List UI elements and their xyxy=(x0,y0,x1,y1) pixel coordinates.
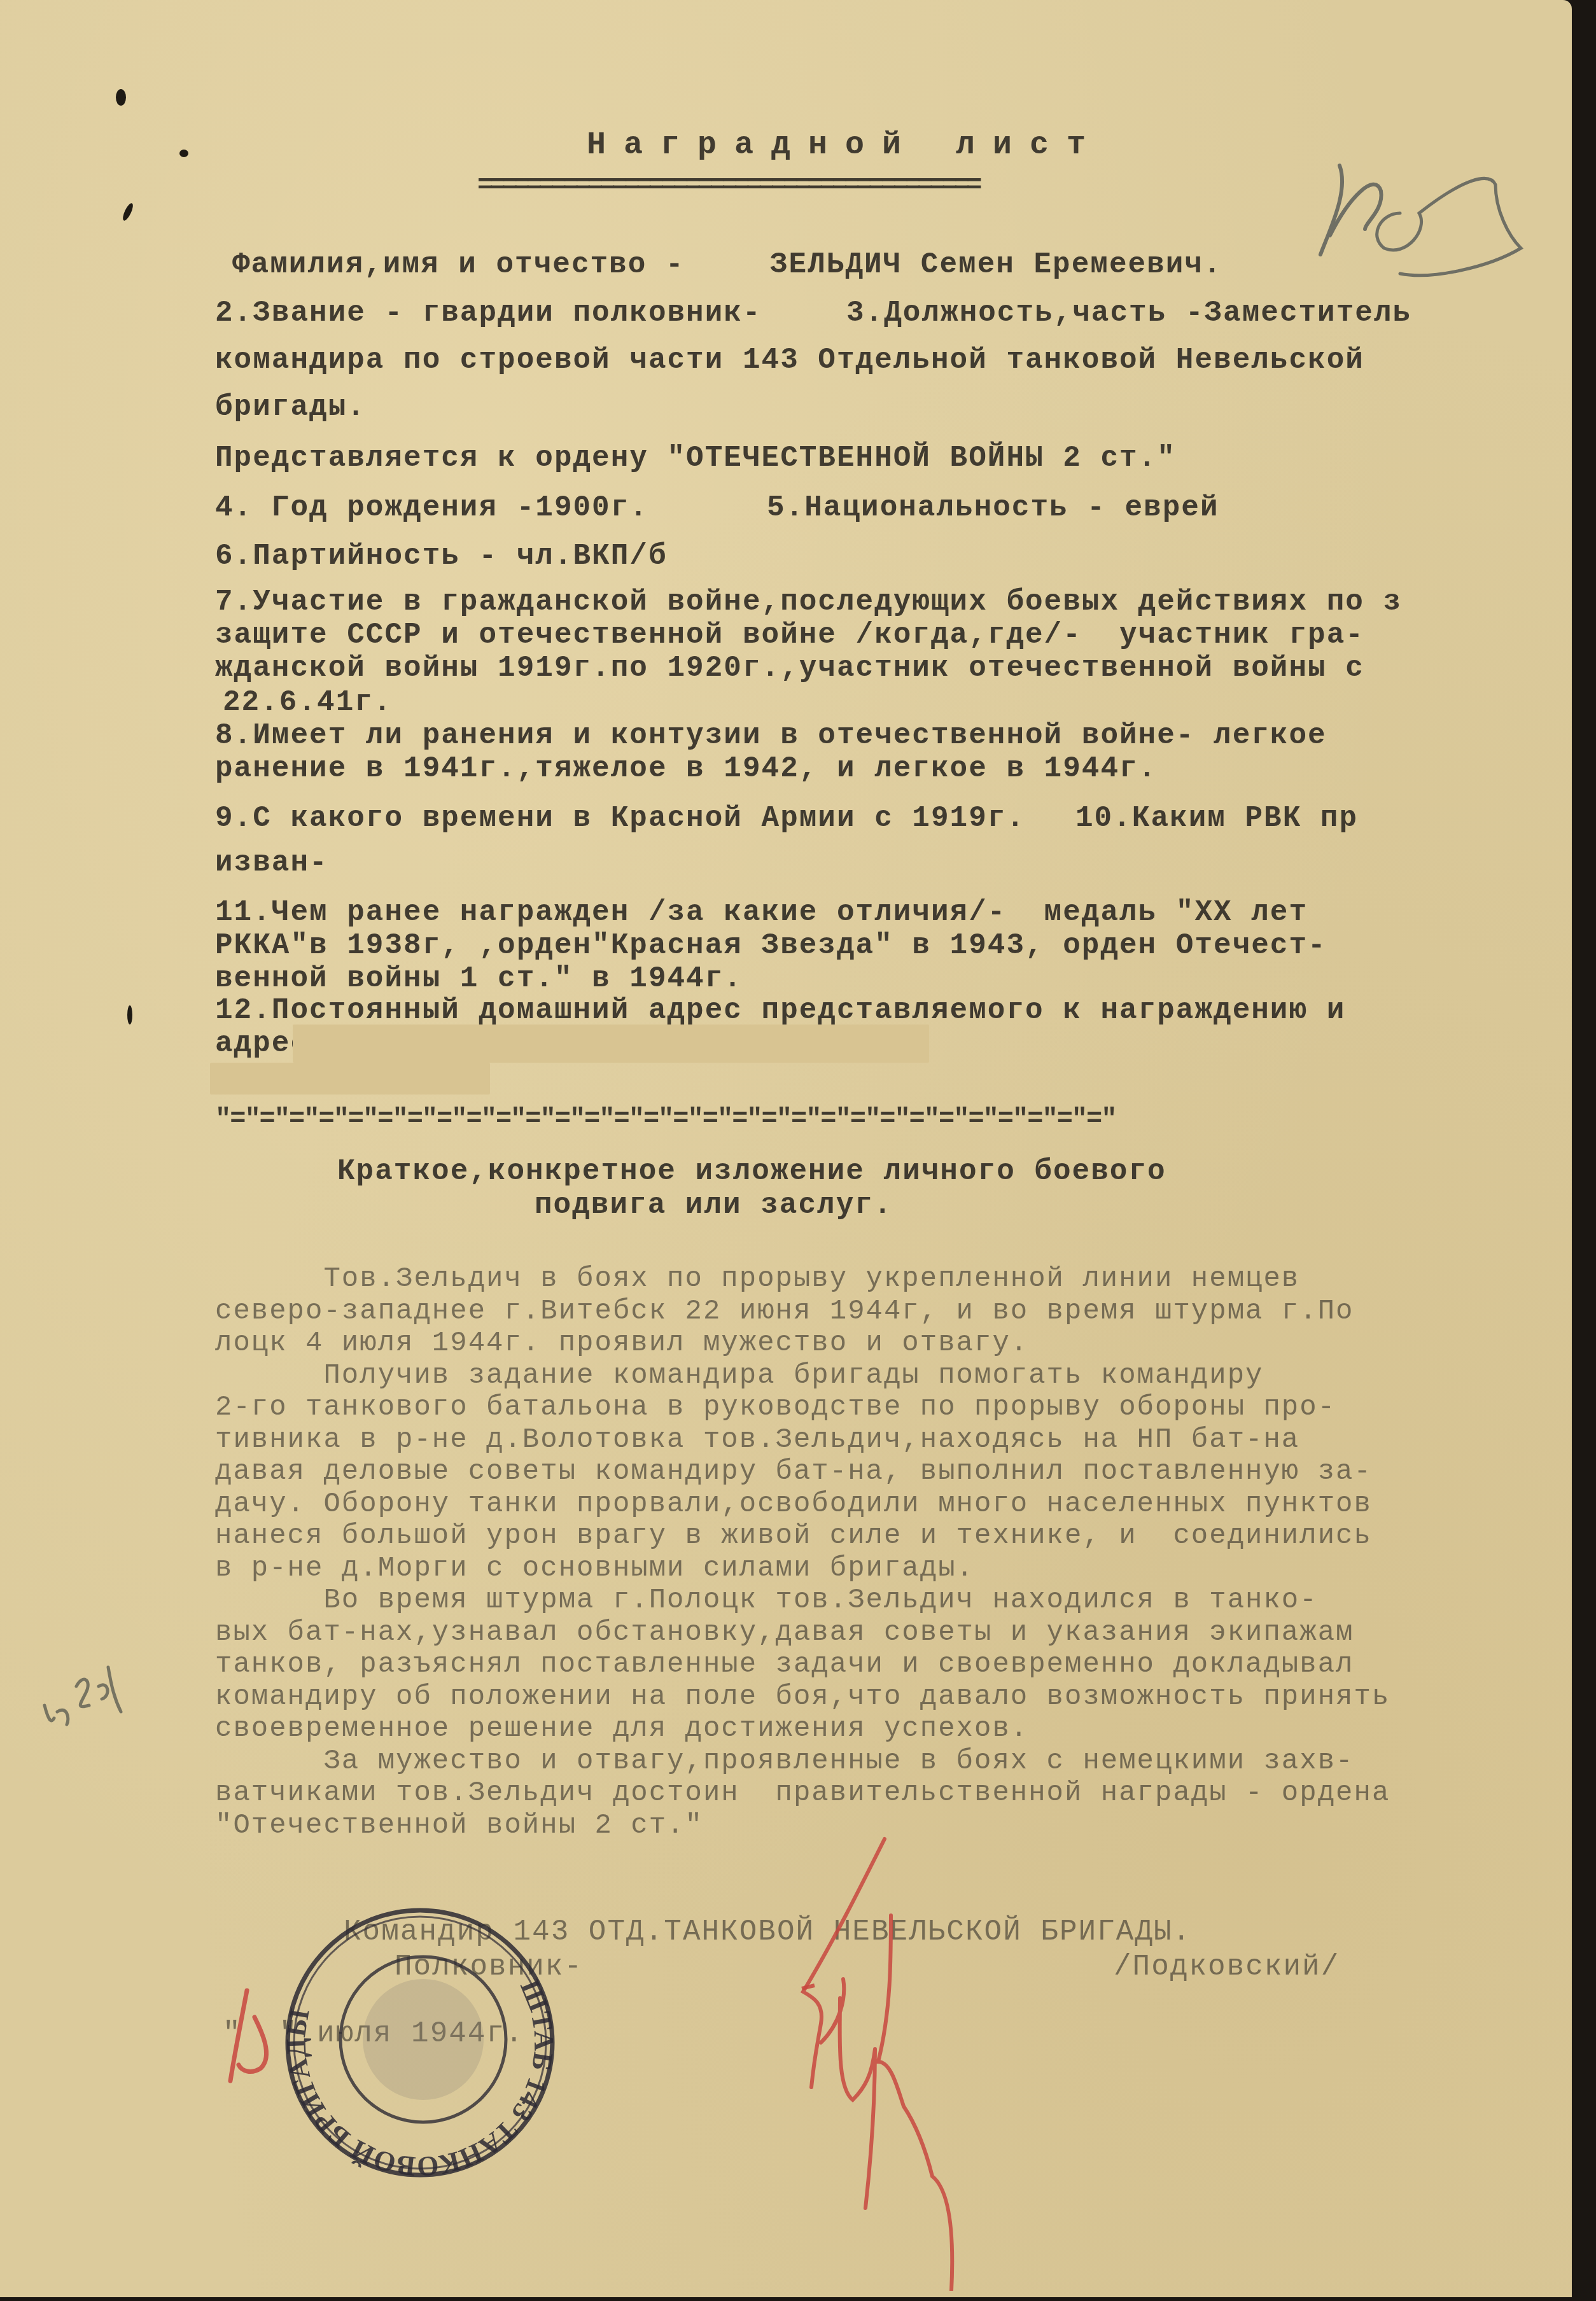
narrative-line: лоцк 4 июля 1944г. проявил мужество и от… xyxy=(215,1327,1028,1359)
title-underline: ========================================… xyxy=(477,171,978,201)
summary-heading: Краткое,конкретное изложение личного бое… xyxy=(337,1155,1166,1188)
narrative-line: дачу. Оборону танки прорвали,освободили … xyxy=(215,1488,1372,1520)
narrative-line: ватчиками тов.Зельдич достоин правительс… xyxy=(215,1777,1390,1809)
field-rank: 2.Звание - гвардии полковник- xyxy=(215,297,762,330)
field-item10: 10.Каким РВК пр xyxy=(1075,802,1358,835)
narrative-line: "Отечественной войны 2 ст." xyxy=(215,1810,703,1842)
narrative-line: тивника в р-не д.Волотовка тов.Зельдич,н… xyxy=(215,1424,1299,1456)
narrative-line: 2-го танкового батальона в руководстве п… xyxy=(215,1392,1336,1423)
field-item11: венной войны 1 ст." в 1944г. xyxy=(215,962,743,995)
field-item11: РККА"в 1938г, ,орден"Красная Звезда" в 1… xyxy=(215,929,1327,962)
field-item7: жданской войны 1919г.по 1920г.,участник … xyxy=(215,652,1364,685)
redacted-address xyxy=(210,1063,490,1095)
narrative-line: в р-не д.Морги с основными силами бригад… xyxy=(215,1553,974,1584)
field-party: 6.Партийность - чл.ВКП/б xyxy=(215,540,668,573)
paper-damage-mark xyxy=(121,202,135,221)
narrative-line: Тов.Зельдич в боях по прорыву укрепленно… xyxy=(215,1263,1299,1295)
margin-pencil-note xyxy=(38,1654,140,1731)
paper-damage-mark xyxy=(179,150,188,157)
document-title: Наградной лист xyxy=(587,127,1103,164)
narrative-line: Получив задание командира бригады помога… xyxy=(215,1360,1263,1392)
signatory-name: /Подковский/ xyxy=(1114,1950,1340,1983)
field-name-label: Фамилия,имя и отчество - xyxy=(232,248,685,281)
field-item12: 12.Постоянный домашний адрес представляе… xyxy=(215,994,1345,1027)
field-position-cont: бригады. xyxy=(215,391,366,424)
archive-number-pencil-mark xyxy=(1305,153,1534,293)
field-position: 3.Должность,часть -Заместитель xyxy=(846,297,1411,330)
narrative-line: северо-западнее г.Витебск 22 июня 1944г,… xyxy=(215,1296,1354,1327)
field-item8: 8.Имеет ли ранения и контузии в отечеств… xyxy=(215,719,1327,752)
narrative-line: За мужество и отвагу,проявленные в боях … xyxy=(215,1745,1354,1777)
unit-stamp: ШТАБ 143 ТАНКОВОЙ БРИГАДЫ xyxy=(280,1903,560,2183)
narrative-line: нанеся большой урон врагу в живой силе и… xyxy=(215,1520,1372,1552)
narrative-line: давая деловые советы командиру бат-на, в… xyxy=(215,1456,1372,1488)
award-sheet-page: Наградной лист =========================… xyxy=(0,0,1572,2297)
field-item7: защите СССР и отечественной войне /когда… xyxy=(215,619,1364,652)
field-position-cont: командира по строевой части 143 Отдельно… xyxy=(215,344,1364,377)
section-divider: "="="="="="="="="="="="="="="="="="="="=… xyxy=(215,1104,1116,1135)
field-item8: ранение в 1941г.,тяжелое в 1942, и легко… xyxy=(215,752,1157,785)
nominated-for: Представляется к ордену "ОТЕЧЕСТВЕННОЙ В… xyxy=(215,442,1176,475)
paper-damage-mark xyxy=(127,1005,132,1025)
field-item7: 22.6.41г. xyxy=(223,686,392,719)
field-birth-year: 4. Год рождения -1900г. xyxy=(215,491,648,524)
narrative-line: Во время штурма г.Полоцк тов.Зельдич нах… xyxy=(215,1584,1318,1616)
narrative-line: танков, разъяснял поставленные задачи и … xyxy=(215,1649,1354,1681)
narrative-line: командиру об положении на поле боя,что д… xyxy=(215,1681,1390,1713)
red-signature xyxy=(764,1833,1069,2291)
field-item7: 7.Участие в гражданской войне,последующи… xyxy=(215,585,1402,619)
redacted-address xyxy=(293,1025,929,1063)
paper-damage-mark xyxy=(116,89,126,106)
summary-heading: подвига или заслуг. xyxy=(535,1189,893,1222)
field-item9: 9.С какого времени в Красной Армии с 191… xyxy=(215,802,1025,835)
field-item10: изван- xyxy=(215,846,328,879)
red-pencil-mark xyxy=(216,1985,293,2100)
narrative-line: вых бат-нах,узнавал обстановку,давая сов… xyxy=(215,1617,1354,1649)
narrative-line: своевременное решение для достижения усп… xyxy=(215,1713,1028,1745)
field-nationality: 5.Национальность - еврей xyxy=(767,491,1219,524)
field-item11: 11.Чем ранее награжден /за какие отличия… xyxy=(215,896,1308,929)
field-name-value: ЗЕЛЬДИЧ Семен Еремеевич. xyxy=(770,248,1222,281)
